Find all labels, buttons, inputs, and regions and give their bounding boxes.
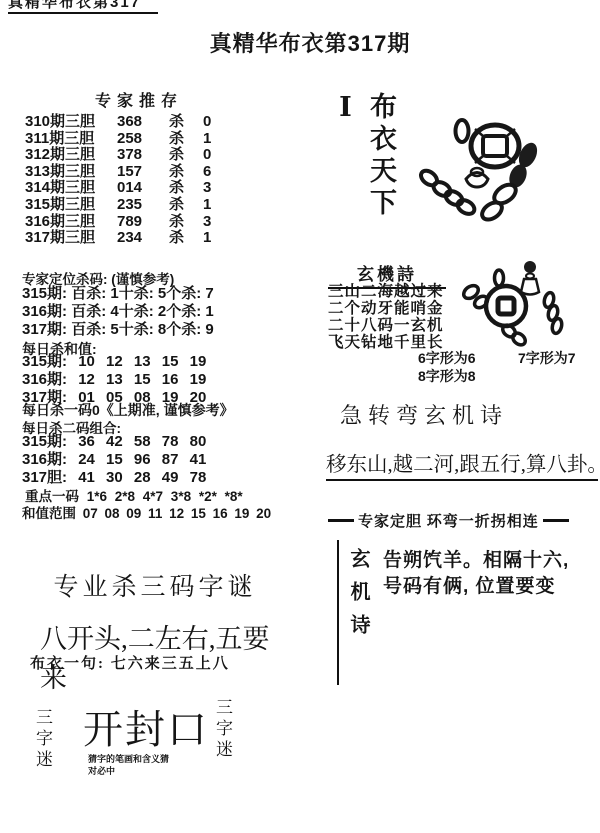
table-row: 313期三胆157杀6 [25, 164, 260, 181]
sha-label: 杀 [169, 197, 203, 214]
expert-recommend-heading: 专家推存 [95, 88, 183, 111]
dingdan-banner: 专家定胆 环弯一折拐相连 [328, 510, 586, 531]
poem-line: 告朔饩羊。相隔十六, [383, 548, 569, 574]
list-item: 315期: 10 12 13 15 19 [22, 353, 206, 371]
table-row: 315期三胆235杀1 [25, 197, 260, 214]
expert-recommend-list: 310期三胆368杀0 311期三胆258杀1 312期三胆378杀0 313期… [25, 114, 260, 247]
sha-cell: 1 [203, 131, 223, 148]
dan-cell: 235 [117, 197, 169, 214]
position-kill-rows: 315期: 百杀: 1十杀: 5个杀: 7 316期: 百杀: 4十杀: 2个杀… [22, 285, 214, 339]
table-row: 314期三胆014杀3 [25, 180, 260, 197]
sum-kill-rows: 315期: 10 12 13 15 19 316期: 12 13 15 16 1… [22, 353, 206, 407]
dan-cell: 368 [117, 114, 169, 131]
sha-label: 杀 [169, 114, 203, 131]
sha-label: 杀 [169, 147, 203, 164]
sha-cell: 3 [203, 214, 223, 231]
table-row: 310期三胆368杀0 [25, 114, 260, 131]
list-item: 316期: 百杀: 4十杀: 2个杀: 1 [22, 303, 214, 321]
three-word-label-right: 三字迷 [210, 698, 235, 778]
sharp-turn-line: 移东山,越二河,跟五行,算八卦。 [326, 447, 598, 481]
table-row: 312期三胆378杀0 [25, 147, 260, 164]
cutoff-header: 真精华布衣第317期 [8, 0, 158, 14]
dash-left [328, 519, 354, 522]
cutoff-header-text: 真精华布衣第317期 [8, 0, 158, 14]
poem-line: 三山二海越过来 [328, 283, 444, 300]
shape-note-7: 7字形为7 [518, 348, 576, 368]
list-item: 316期: 24 15 96 87 41 [22, 451, 206, 469]
list-item: 317期: 百杀: 5十杀: 8个杀: 9 [22, 321, 214, 339]
sha-cell: 6 [203, 164, 223, 181]
bottom-poem-vertical-label: 玄机诗 [344, 548, 373, 678]
riddle-note-line2: 对必中 [88, 765, 208, 777]
sha-label: 杀 [169, 180, 203, 197]
poem-line: 二个动牙能哨金 [328, 300, 444, 317]
sha-cell: 1 [203, 197, 223, 214]
two-code-rows: 315期: 36 42 58 78 80 316期: 24 15 96 87 4… [22, 433, 206, 487]
list-item: 316期: 12 13 15 16 19 [22, 371, 206, 389]
three-word-label-left: 三字迷 [30, 708, 55, 788]
dan-cell: 014 [117, 180, 169, 197]
sha-label: 杀 [169, 214, 203, 231]
shape-note-8: 8字形为8 [418, 366, 476, 386]
table-row: 316期三胆789杀3 [25, 214, 260, 231]
sum-range-line: 和值范围 07 08 09 11 12 15 16 19 20 [22, 502, 271, 522]
coin-beads-drawing [415, 110, 600, 230]
period-cell: 312期三胆 [25, 147, 117, 164]
buyi-sentence: 布衣一句: 七六来三五上八 [30, 652, 230, 673]
vertical-divider [337, 540, 339, 685]
buyi-tianxia-label: 布衣天下Ⅰ [330, 92, 401, 242]
sha-cell: 1 [203, 230, 223, 247]
dan-cell: 234 [117, 230, 169, 247]
dan-cell: 157 [117, 164, 169, 181]
riddle-heading: 专业杀三码字谜 [30, 567, 280, 603]
dan-cell: 258 [117, 131, 169, 148]
period-cell: 313期三胆 [25, 164, 117, 181]
page-title: 真精华布衣第317期 [150, 27, 470, 58]
period-cell: 317期三胆 [25, 230, 117, 247]
riddle-note-line1: 猜字的笔画和含义猜 [88, 753, 208, 765]
table-row: 317期三胆234杀1 [25, 230, 260, 247]
xuanji-heading: 玄機詩 [328, 260, 446, 285]
period-cell: 316期三胆 [25, 214, 117, 231]
dash-right [543, 519, 569, 522]
xuanji-poem: 三山二海越过来 二个动牙能哨金 二十八码一玄机 飞天钻地千里长 [328, 283, 444, 351]
sha-cell: 0 [203, 114, 223, 131]
sha-label: 杀 [169, 164, 203, 181]
dan-cell: 378 [117, 147, 169, 164]
period-cell: 314期三胆 [25, 180, 117, 197]
sha-label: 杀 [169, 131, 203, 148]
sha-cell: 3 [203, 180, 223, 197]
bottom-poem: 告朔饩羊。相隔十六, 号码有俩, 位置要变 [383, 548, 569, 600]
dingdan-text: 专家定胆 环弯一折拐相连 [358, 510, 539, 531]
list-item: 315期: 36 42 58 78 80 [22, 433, 206, 451]
sha-label: 杀 [169, 230, 203, 247]
sharp-turn-heading: 急转弯玄机诗 [340, 399, 508, 430]
poem-line: 二十八码一玄机 [328, 317, 444, 334]
sha-cell: 0 [203, 147, 223, 164]
period-cell: 311期三胆 [25, 131, 117, 148]
shape-note-6: 6字形为6 [418, 348, 476, 368]
poem-line: 号码有俩, 位置要变 [383, 574, 569, 600]
riddle-note: 猜字的笔画和含义猜 对必中 [88, 753, 208, 777]
table-row: 311期三胆258杀1 [25, 131, 260, 148]
riddle-answer: 开封口 [83, 698, 209, 755]
period-cell: 315期三胆 [25, 197, 117, 214]
period-cell: 310期三胆 [25, 114, 117, 131]
lottery-sheet-page: 真精华布衣第317期 真精华布衣第317期 专家推存 310期三胆368杀0 3… [0, 0, 600, 833]
list-item: 315期: 百杀: 1十杀: 5个杀: 7 [22, 285, 214, 303]
coin-gourd-drawing [432, 255, 600, 355]
dan-cell: 789 [117, 214, 169, 231]
